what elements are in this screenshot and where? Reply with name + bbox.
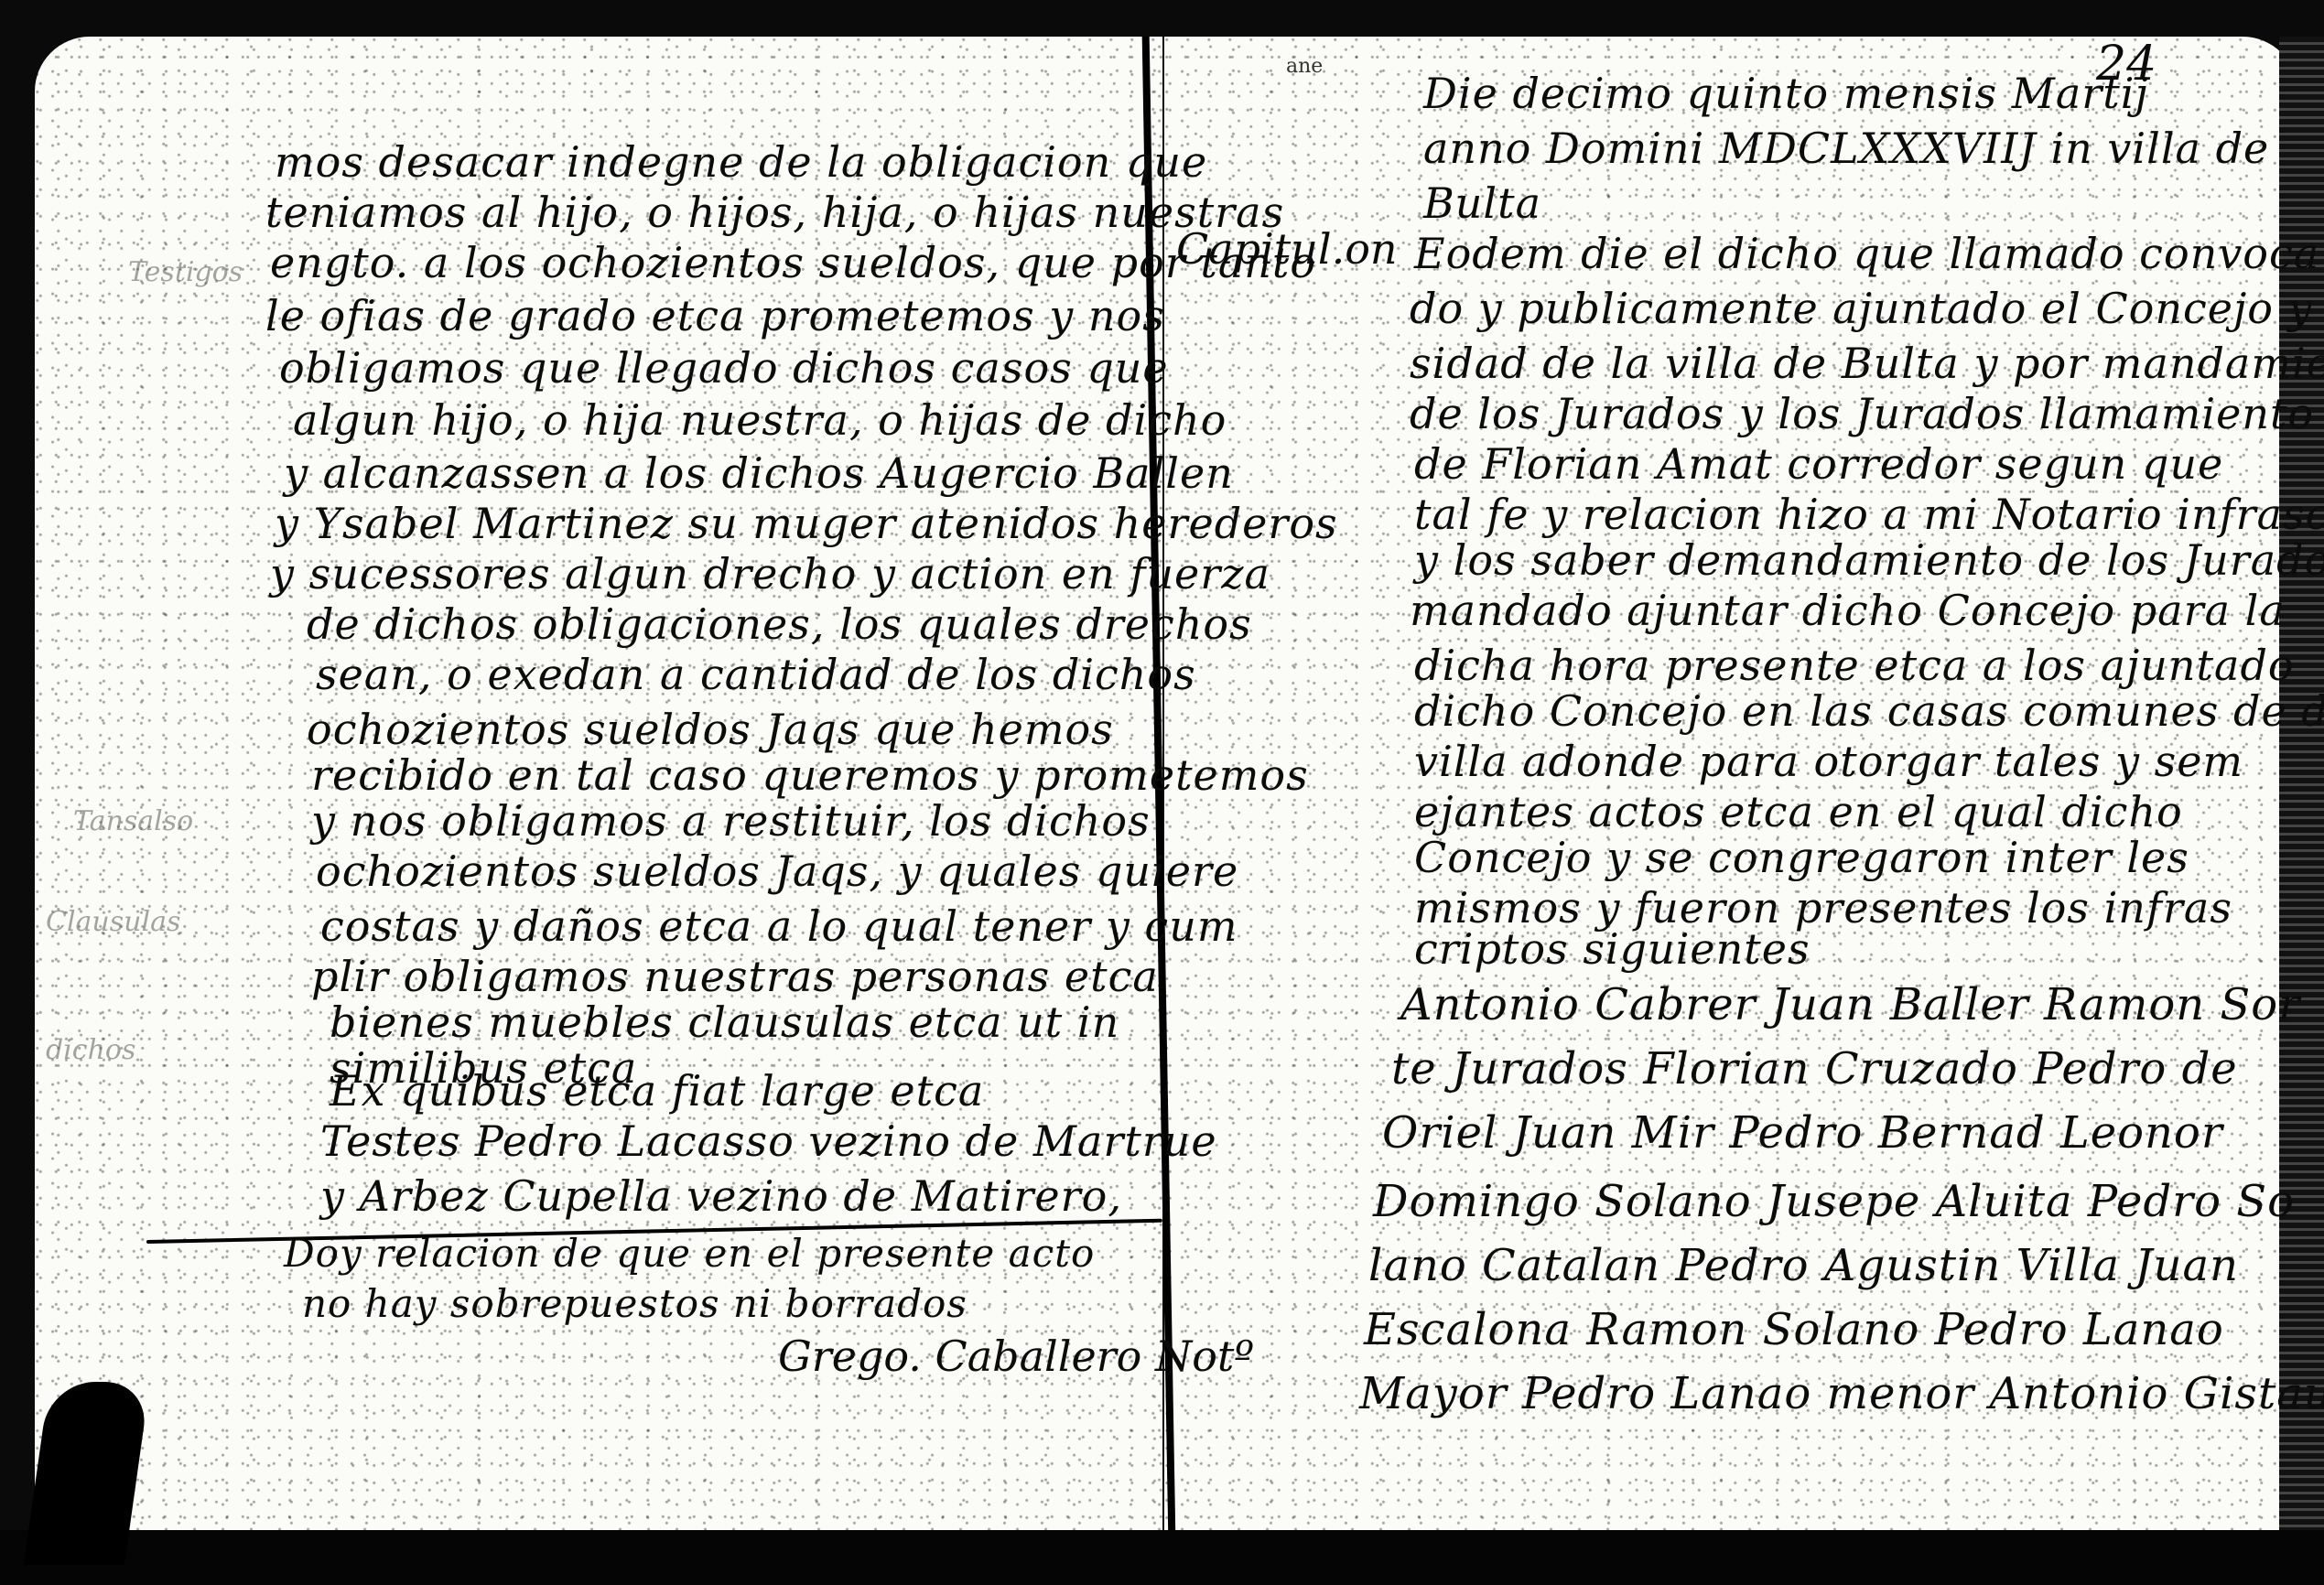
left-margin-note: dichos <box>46 1034 135 1066</box>
left-text-line: costas y daños etca a lo qual tener y cu… <box>320 901 1238 951</box>
right-names-line: te Jurados Florian Cruzado Pedro de <box>1391 1043 2238 1094</box>
right-text-line: y los saber demandamiento de los Jurados <box>1414 535 2324 585</box>
right-text-line: dicha hora presente etca a los ajuntado <box>1414 641 2295 690</box>
right-names-line: Domingo Solano Jusepe Aluita Pedro So <box>1373 1176 2295 1227</box>
right-text-line: mandado ajuntar dicho Concejo para la <box>1410 586 2286 635</box>
witness-line: y Arbez Cupella vezino de Matirero, <box>320 1171 1122 1221</box>
right-text-line: Bulta <box>1423 178 1541 228</box>
left-text-line: sean, o exedan a cantidad de los dichos <box>316 650 1196 699</box>
book-edge-bottom <box>0 1530 2324 1585</box>
left-text-line: obligamos que llegado dichos casos que <box>279 343 1169 393</box>
right-text-line: criptos siguientes <box>1414 924 1811 974</box>
left-text-line: plir obligamos nuestras personas etca <box>311 952 1159 1001</box>
left-margin-note: Clausulas <box>46 906 180 938</box>
right-names-line: Escalona Ramon Solano Pedro Lanao <box>1364 1304 2224 1355</box>
notary-certification-line: no hay sobrepuestos ni borrados <box>302 1281 967 1326</box>
right-text-line: dicho Concejo en las casas comunes de di… <box>1414 686 2324 736</box>
left-text-line: recibido en tal caso queremos y prometem… <box>311 750 1309 800</box>
left-text-line: algun hijo, o hija nuestra, o hijas de d… <box>293 395 1227 445</box>
right-text-line: Eodem die el dicho que llamado convoca <box>1414 229 2319 278</box>
left-text-line: bienes muebles clausulas etca ut in <box>330 997 1119 1047</box>
notary-signature: Grego. Caballero Notº <box>778 1332 1254 1381</box>
right-names-line: lano Catalan Pedro Agustin Villa Juan <box>1368 1240 2239 1291</box>
left-margin-note: Testigos <box>128 256 243 288</box>
left-text-line: de dichos obligaciones, los quales drech… <box>307 599 1252 649</box>
right-names-line: Oriel Juan Mir Pedro Bernad Leonor <box>1382 1107 2223 1159</box>
left-text-line: ochozientos sueldos Jaqs que hemos <box>307 705 1114 754</box>
right-text-line: de Florian Amat corredor segun que <box>1414 439 2223 489</box>
left-text-line: y nos obligamos a restituir, los dichos <box>311 796 1151 846</box>
right-names-line: Mayor Pedro Lanao menor Antonio Gistau <box>1359 1368 2324 1419</box>
right-text-line: do y publicamente ajuntado el Concejo y … <box>1410 284 2324 333</box>
witness-line: Ex quibus etca fiat large etca <box>330 1066 984 1116</box>
right-text-line: ejantes actos etca en el qual dicho <box>1414 787 2183 836</box>
notary-certification-line: Doy relacion de que en el presente acto <box>284 1231 1095 1276</box>
right-text-line: anno Domini MDCLXXXVIIJ in villa de <box>1423 124 2269 173</box>
left-text-line: le ofias de grado etca prometemos y nos <box>265 291 1165 340</box>
header-mark: ane <box>1286 55 1323 78</box>
left-text-line: teniamos al hijo, o hijos, hija, o hijas… <box>265 188 1284 237</box>
right-margin-note: Capitul.on <box>1176 224 1398 274</box>
left-text-line: y Ysabel Martinez su muger atenidos here… <box>275 499 1338 548</box>
left-text-line: engto. a los ochozientos sueldos, que po… <box>270 238 1316 287</box>
manuscript-scan: ane 24 Testigos Tansalso Clausulas dicho… <box>0 0 2324 1585</box>
left-margin-note: Tansalso <box>73 805 193 837</box>
left-text-line: y sucessores algun drecho y action en fu… <box>270 549 1270 598</box>
right-text-line: sidad de la villa de Bulta y por mandami… <box>1410 339 2324 388</box>
right-text-line: villa adonde para otorgar tales y sem <box>1414 737 2243 786</box>
witness-line: Testes Pedro Lacasso vezino de Martrue <box>320 1116 1217 1166</box>
right-text-line: tal fe y relacion hizo a mi Notario infr… <box>1414 490 2324 539</box>
left-text-line: mos desacar indegne de la obligacion que <box>275 137 1207 187</box>
right-text-line: Die decimo quinto mensis Martij <box>1423 69 2149 118</box>
right-text-line: de los Jurados y los Jurados llamamiento <box>1410 389 2314 438</box>
left-text-line: ochozientos sueldos Jaqs, y quales quier… <box>316 846 1238 896</box>
left-text-line: y alcanzassen a los dichos Augercio Ball… <box>284 448 1234 498</box>
right-names-line: Antonio Cabrer Juan Baller Ramon Sor <box>1400 979 2300 1030</box>
right-text-line: Concejo y se congregaron inter les <box>1414 833 2189 882</box>
